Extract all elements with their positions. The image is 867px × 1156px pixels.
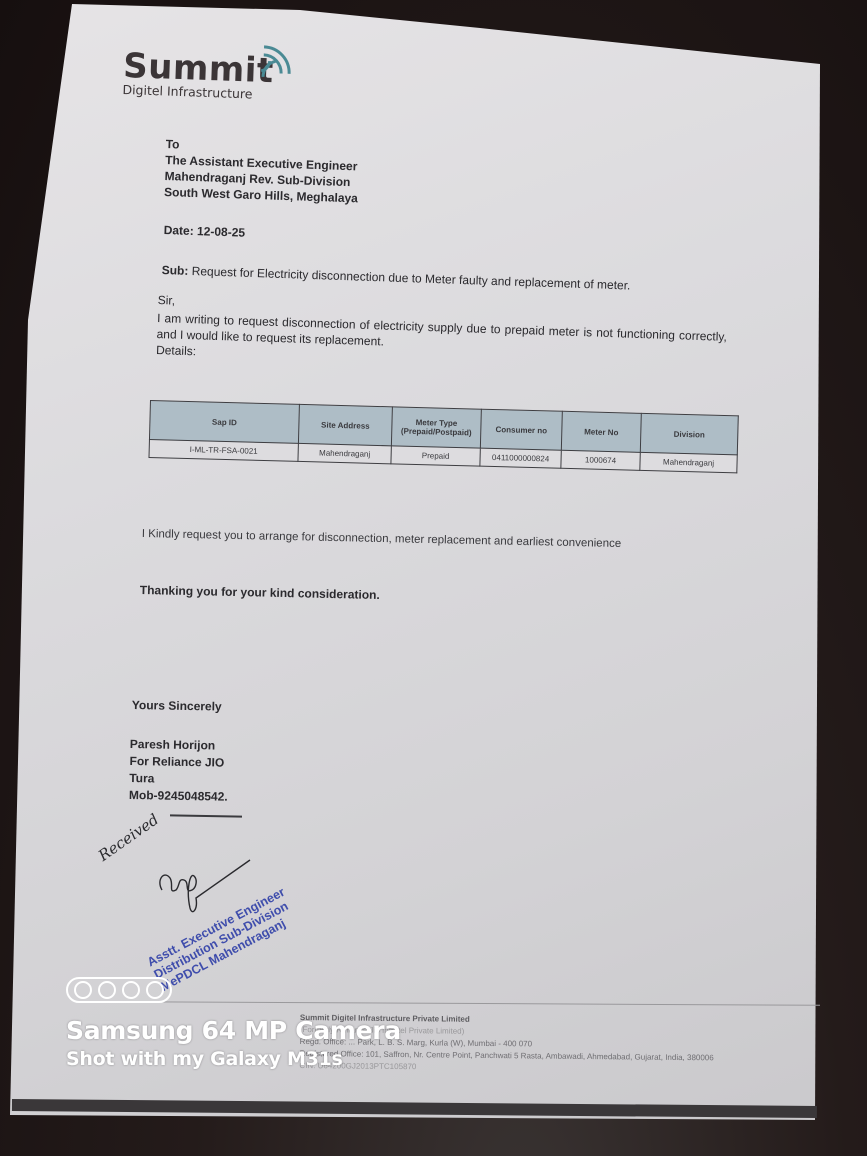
footer-bar	[12, 1099, 817, 1118]
subject-label: Sub:	[162, 263, 189, 278]
cell-sap-id: I-ML-TR-FSA-0021	[149, 439, 298, 461]
watermark-device: Shot with my Galaxy M31s	[66, 1048, 401, 1070]
cell-division: Mahendraganj	[640, 452, 737, 473]
details-table-wrapper: Sap ID Site Address Meter Type (Prepaid/…	[148, 400, 738, 473]
subject-line: Sub: Request for Electricity disconnecti…	[161, 262, 630, 294]
sender-block: Paresh Horijon For Reliance JIO Tura Mob…	[129, 736, 229, 806]
letter-date: Date: 12-08-25	[163, 222, 245, 241]
sender-location: Tura	[129, 770, 228, 789]
column-header: Meter Type (Prepaid/Postpaid)	[391, 407, 481, 448]
subject-text: Request for Electricity disconnection du…	[192, 264, 631, 293]
letter-body: Sir, I am writing to request disconnecti…	[156, 292, 728, 377]
closing-line: Yours Sincerely	[132, 697, 222, 715]
camera-watermark: Samsung 64 MP Camera Shot with my Galaxy…	[66, 977, 401, 1070]
cell-meter-no: 1000674	[561, 450, 640, 470]
column-header: Division	[640, 413, 738, 455]
quad-camera-icon	[66, 977, 172, 1003]
cell-consumer-no: 0411000000824	[480, 448, 561, 468]
request-paragraph: I Kindly request you to arrange for disc…	[142, 526, 727, 554]
column-header: Meter No	[561, 411, 641, 452]
column-header: Sap ID	[149, 401, 299, 444]
thanks-line: Thanking you for your kind consideration…	[140, 582, 380, 603]
details-table: Sap ID Site Address Meter Type (Prepaid/…	[148, 400, 738, 473]
column-header: Consumer no	[480, 409, 562, 450]
signal-waves-icon	[257, 41, 298, 82]
sender-name: Paresh Horijon	[130, 736, 229, 755]
sender-mobile: Mob-9245048542.	[129, 787, 228, 806]
company-logo: Summit Digitel Infrastructure	[122, 46, 274, 102]
sender-company: For Reliance JIO	[129, 753, 228, 772]
watermark-camera-model: Samsung 64 MP Camera	[66, 1016, 401, 1045]
column-header: Site Address	[298, 404, 392, 445]
cell-site-address: Mahendraganj	[298, 443, 391, 463]
mobile-underline	[170, 814, 242, 817]
recipient-address: To The Assistant Executive Engineer Mahe…	[164, 136, 360, 206]
cell-meter-type: Prepaid	[391, 446, 480, 466]
